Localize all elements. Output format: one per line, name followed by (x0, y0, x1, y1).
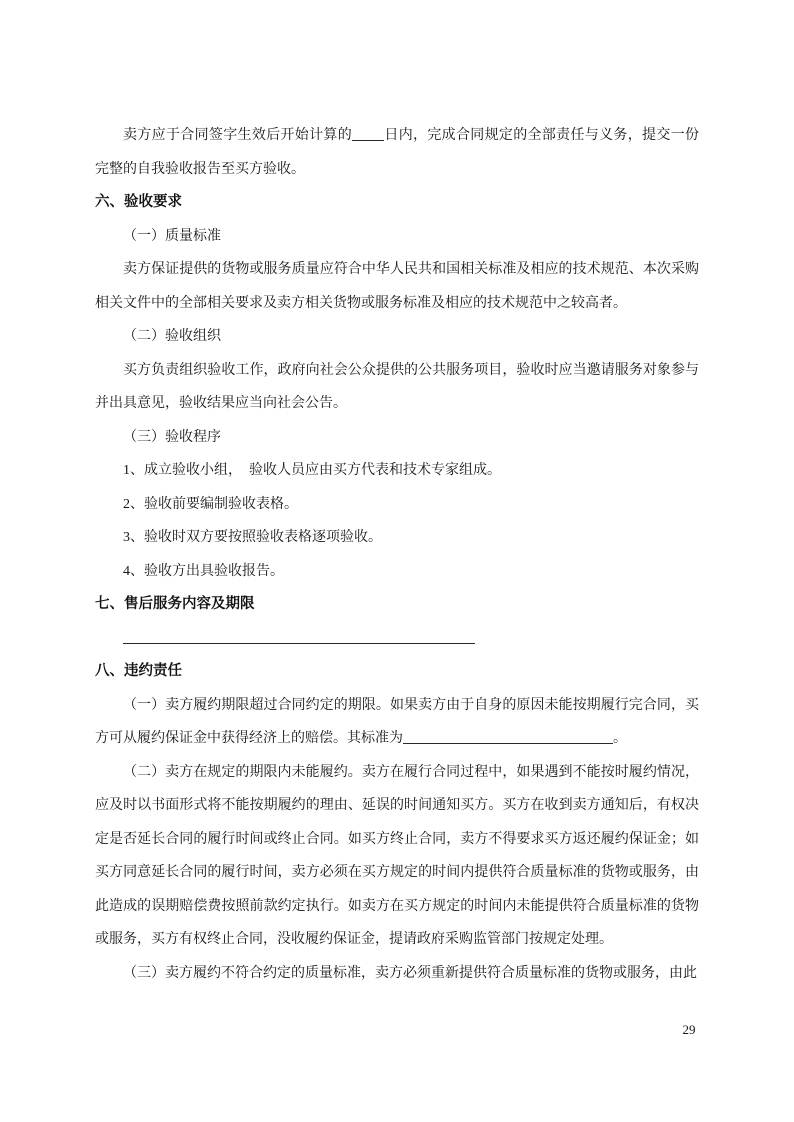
paragraph: （二）验收组织 (95, 320, 699, 354)
document-body: 卖方应于合同签字生效后开始计算的日内，完成合同规定的全部责任与义务，提交一份完整… (95, 119, 699, 990)
section-heading: 八、违约责任 (95, 655, 699, 689)
paragraph: （三）验收程序 (95, 421, 699, 455)
page-number: 29 (672, 1020, 706, 1040)
fill-in-blank[interactable] (123, 629, 475, 644)
paragraph: 卖方保证提供的货物或服务质量应符合中华人民共和国相关标准及相应的技术规范、本次采… (95, 253, 699, 320)
section-heading: 七、售后服务内容及期限 (95, 588, 699, 622)
section-heading: 六、验收要求 (95, 186, 699, 220)
paragraph: （一）卖方履约期限超过合同约定的期限。如果卖方由于自身的原因未能按期履行完合同，… (95, 689, 699, 756)
paragraph: 2、验收前要编制验收表格。 (95, 488, 699, 522)
fill-in-blank[interactable] (352, 126, 384, 141)
paragraph: 3、验收时双方要按照验收表格逐项验收。 (95, 521, 699, 555)
paragraph: （三）卖方履约不符合约定的质量标准，卖方必须重新提供符合质量标准的货物或服务，由… (95, 957, 699, 991)
paragraph: （一）质量标准 (95, 220, 699, 254)
paragraph: 4、验收方出具验收报告。 (95, 555, 699, 589)
fill-in-blank[interactable] (403, 729, 613, 744)
paragraph: 卖方应于合同签字生效后开始计算的日内，完成合同规定的全部责任与义务，提交一份完整… (95, 119, 699, 186)
paragraph: （二）卖方在规定的期限内未能履约。卖方在履行合同过程中，如果遇到不能按时履约情况… (95, 756, 699, 957)
fill-in-line (95, 622, 699, 656)
document-page: 卖方应于合同签字生效后开始计算的日内，完成合同规定的全部责任与义务，提交一份完整… (0, 0, 794, 1122)
paragraph: 1、成立验收小组， 验收人员应由买方代表和技术专家组成。 (95, 454, 699, 488)
paragraph: 买方负责组织验收工作，政府向社会公众提供的公共服务项目，验收时应当邀请服务对象参… (95, 354, 699, 421)
